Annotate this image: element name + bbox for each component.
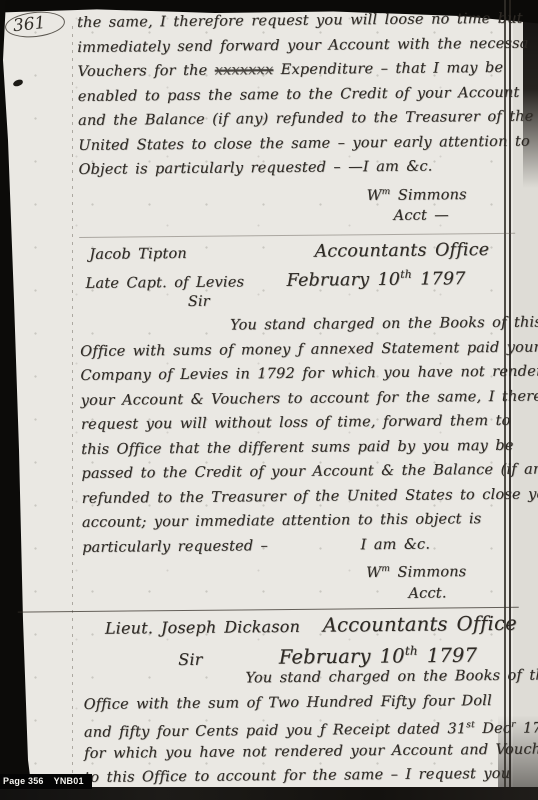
- folio-number-circle: 361: [4, 9, 67, 40]
- letter-1-continuation: the same, I therefore request you will l…: [77, 7, 515, 232]
- letter-3-joseph-dickason: Lieut. Joseph DickasonAccountants Office…: [83, 610, 521, 791]
- handwritten-line: Wm Simmons: [82, 556, 518, 585]
- margin-fold-line: [72, 26, 73, 786]
- handwritten-line: United States to close the same – your e…: [78, 129, 514, 158]
- section-divider-faint: [79, 232, 515, 237]
- scanned-document-page: 361 the same, I therefore request you wi…: [0, 0, 538, 800]
- handwritten-line: Wm Simmons: [79, 178, 515, 207]
- letter-2-jacob-tipton: Jacob TiptonAccountants OfficeLate Capt.…: [79, 237, 519, 609]
- handwritten-line: account; your immediate attention to thi…: [82, 507, 518, 536]
- handwritten-text-column: the same, I therefore request you will l…: [77, 7, 520, 791]
- reel-code-label: YNB01: [54, 776, 84, 786]
- scan-black-edge-left: [0, 0, 34, 800]
- folio-number-text: 361: [12, 13, 46, 36]
- page-number-label: Page 356: [3, 776, 44, 786]
- folio-number: 361: [4, 9, 67, 40]
- handwritten-line: Lieut. Joseph DickasonAccountants Office: [83, 610, 519, 641]
- handwritten-line: SirFebruary 10th 1797: [83, 637, 519, 668]
- ink-blot: [12, 79, 23, 87]
- microfilm-page-label: Page 356 YNB01: [0, 774, 92, 789]
